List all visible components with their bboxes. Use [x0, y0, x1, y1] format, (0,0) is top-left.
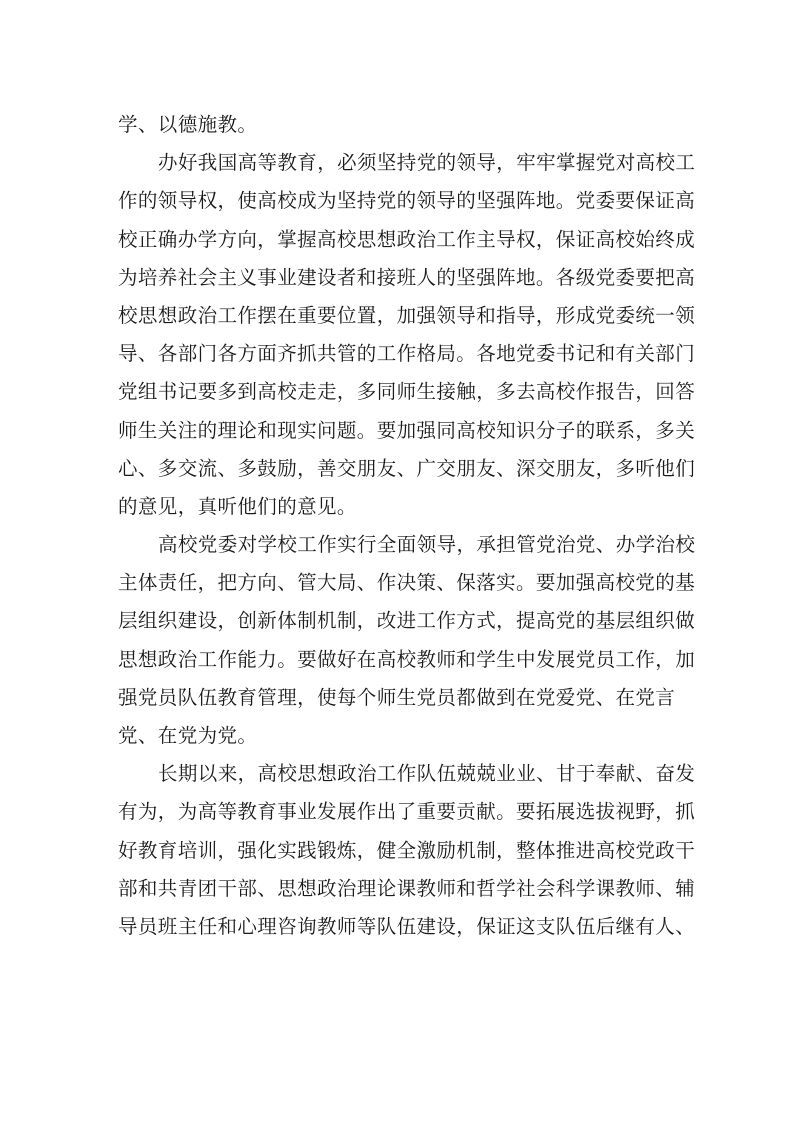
paragraph-party-leadership: 办好我国高等教育，必须坚持党的领导，牢牢掌握党对高校工 作的领导权，使高校成为坚… [118, 144, 686, 526]
text-line: 办好我国高等教育，必须坚持党的领导，牢牢掌握党对高校工 [118, 144, 686, 182]
text-line: 的意见，真听他们的意见。 [118, 488, 686, 526]
text-line: 长期以来，高校思想政治工作队伍兢兢业业、甘于奉献、奋发 [118, 755, 686, 793]
text-line: 层组织建设，创新体制机制，改进工作方式，提高党的基层组织做 [118, 602, 686, 640]
text-line: 高校党委对学校工作实行全面领导，承担管党治党、办学治校 [118, 526, 686, 564]
text-line: 校思想政治工作摆在重要位置，加强领导和指导，形成党委统一领 [118, 297, 686, 335]
text-line: 党、在党为党。 [118, 717, 686, 755]
text-line: 主体责任，把方向、管大局、作决策、保落实。要加强高校党的基 [118, 564, 686, 602]
text-line: 师生关注的理论和现实问题。要加强同高校知识分子的联系，多关 [118, 412, 686, 450]
text-line: 校正确办学方向，掌握高校思想政治工作主导权，保证高校始终成 [118, 221, 686, 259]
document-page: 学、以德施教。 办好我国高等教育，必须坚持党的领导，牢牢掌握党对高校工 作的领导… [118, 106, 686, 946]
text-line: 强党员队伍教育管理，使每个师生党员都做到在党爱党、在党言 [118, 679, 686, 717]
text-line: 学、以德施教。 [118, 106, 686, 144]
paragraph-continuation: 学、以德施教。 [118, 106, 686, 144]
text-line: 作的领导权，使高校成为坚持党的领导的坚强阵地。党委要保证高 [118, 182, 686, 220]
text-line: 导、各部门各方面齐抓共管的工作格局。各地党委书记和有关部门 [118, 335, 686, 373]
paragraph-university-party-committee: 高校党委对学校工作实行全面领导，承担管党治党、办学治校 主体责任，把方向、管大局… [118, 526, 686, 755]
text-line: 好教育培训，强化实践锻炼，健全激励机制，整体推进高校党政干 [118, 832, 686, 870]
text-line: 心、多交流、多鼓励，善交朋友、广交朋友、深交朋友，多听他们 [118, 450, 686, 488]
text-line: 思想政治工作能力。要做好在高校教师和学生中发展党员工作，加 [118, 641, 686, 679]
text-line: 有为，为高等教育事业发展作出了重要贡献。要拓展选拔视野，抓 [118, 793, 686, 831]
text-line: 导员班主任和心理咨询教师等队伍建设，保证这支队伍后继有人、 [118, 908, 686, 946]
text-line: 为培养社会主义事业建设者和接班人的坚强阵地。各级党委要把高 [118, 259, 686, 297]
paragraph-ideological-work-team: 长期以来，高校思想政治工作队伍兢兢业业、甘于奉献、奋发 有为，为高等教育事业发展… [118, 755, 686, 946]
text-line: 党组书记要多到高校走走，多同师生接触，多去高校作报告，回答 [118, 373, 686, 411]
text-line: 部和共青团干部、思想政治理论课教师和哲学社会科学课教师、辅 [118, 870, 686, 908]
